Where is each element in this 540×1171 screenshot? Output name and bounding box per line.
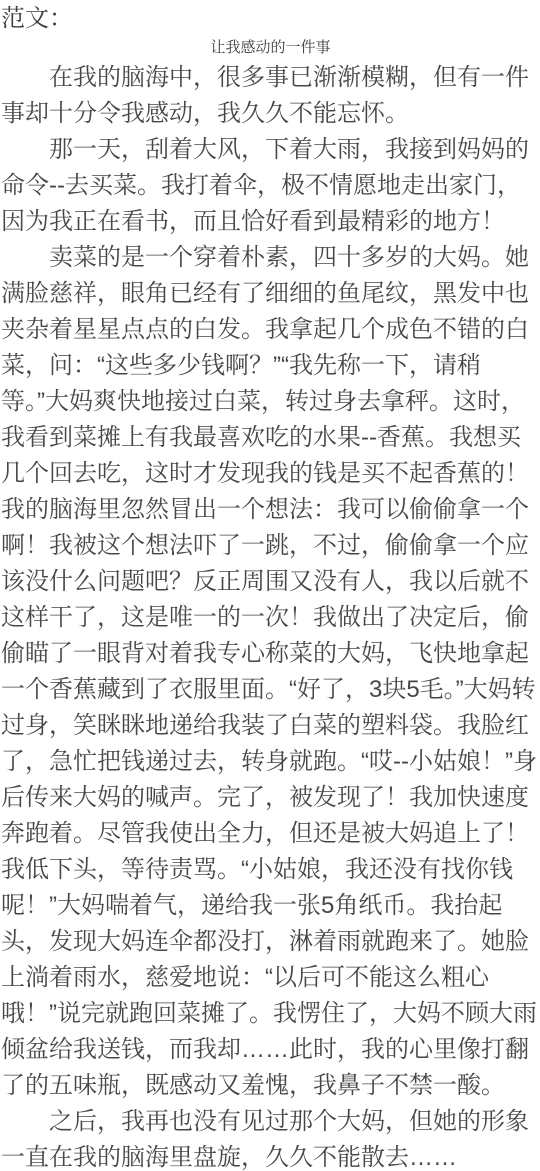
essay-document-page: 范文： 让我感动的一件事 在我的脑海中，很多事已渐渐模糊，但有一件事却十分令我感… xyxy=(0,0,540,1171)
sample-essay-label: 范文： xyxy=(1,2,540,36)
essay-title: 让我感动的一件事 xyxy=(1,36,540,60)
essay-paragraph-1: 在我的脑海中，很多事已渐渐模糊，但有一件事却十分令我感动，我久久不能忘怀。 xyxy=(1,60,540,132)
essay-paragraph-2: 那一天，刮着大风，下着大雨，我接到妈妈的命令--去买菜。我打着伞，极不情愿地走出… xyxy=(1,132,540,240)
essay-paragraph-4: 之后，我再也没有见过那个大妈，但她的形象一直在我的脑海里盘旋，久久不能散去…… xyxy=(1,1104,540,1171)
essay-paragraph-3: 卖菜的是一个穿着朴素，四十多岁的大妈。她满脸慈祥，眼角已经有了细细的鱼尾纹，黑发… xyxy=(1,240,540,1104)
